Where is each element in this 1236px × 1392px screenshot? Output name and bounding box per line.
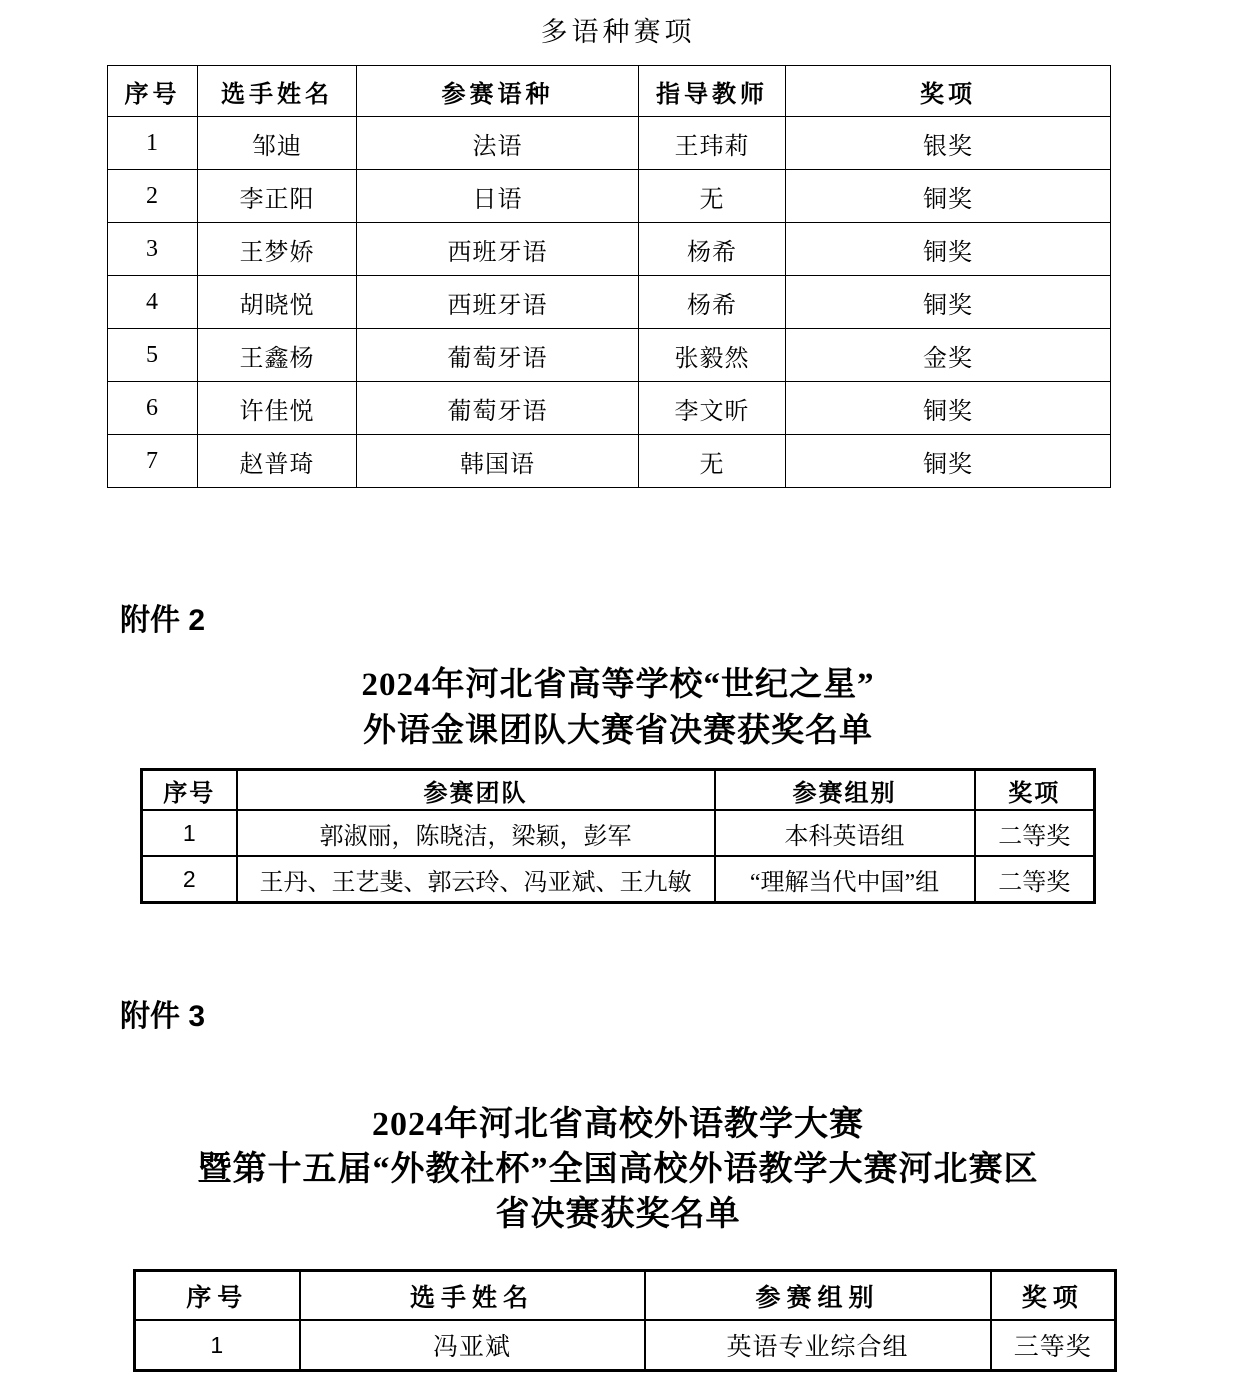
column-header: 序号 — [135, 1271, 300, 1321]
table-cell: 英语专业综合组 — [645, 1320, 991, 1371]
column-header: 参赛团队 — [237, 770, 715, 811]
table-cell: 无 — [639, 170, 786, 223]
table-cell: “理解当代中国”组 — [715, 856, 975, 903]
table-cell: 李文昕 — [639, 382, 786, 435]
table-cell: 铜奖 — [786, 223, 1111, 276]
table-cell: 二等奖 — [975, 856, 1095, 903]
table-cell: 5 — [108, 329, 198, 382]
column-header: 指导教师 — [639, 66, 786, 117]
table-cell: 赵普琦 — [198, 435, 357, 488]
table-row: 3王梦娇西班牙语杨希铜奖 — [108, 223, 1111, 276]
table-cell: 李正阳 — [198, 170, 357, 223]
table-cell: 铜奖 — [786, 276, 1111, 329]
column-header: 参赛组别 — [645, 1271, 991, 1321]
table-cell: 冯亚斌 — [300, 1320, 645, 1371]
attachment-3-title-line2: 暨第十五届“外教社杯”全国高校外语教学大赛河北赛区 — [0, 1147, 1236, 1192]
attachment-3-title-line3: 省决赛获奖名单 — [0, 1192, 1236, 1237]
table-cell: 无 — [639, 435, 786, 488]
column-header: 序号 — [142, 770, 237, 811]
table-cell: 法语 — [357, 117, 639, 170]
table-cell: 王丹、王艺斐、郭云玲、冯亚斌、王九敏 — [237, 856, 715, 903]
table-cell: 韩国语 — [357, 435, 639, 488]
table-cell: 银奖 — [786, 117, 1111, 170]
attachment-3-label: 附件 3 — [120, 1000, 1236, 1034]
table-cell: 铜奖 — [786, 382, 1111, 435]
table-cell: 本科英语组 — [715, 810, 975, 856]
table-cell: 2 — [108, 170, 198, 223]
table-cell: 日语 — [357, 170, 639, 223]
table-row: 2王丹、王艺斐、郭云玲、冯亚斌、王九敏“理解当代中国”组二等奖 — [142, 856, 1095, 903]
table-cell: 张毅然 — [639, 329, 786, 382]
table-cell: 许佳悦 — [198, 382, 357, 435]
table-cell: 郭淑丽，陈晓洁，梁颖，彭军 — [237, 810, 715, 856]
table-row: 5王鑫杨葡萄牙语张毅然金奖 — [108, 329, 1111, 382]
column-header: 选手姓名 — [300, 1271, 645, 1321]
table-cell: 1 — [135, 1320, 300, 1371]
column-header: 奖项 — [991, 1271, 1116, 1321]
table-cell: 王梦娇 — [198, 223, 357, 276]
table-teaching-contest-awards: 序号选手姓名参赛组别奖项 1冯亚斌英语专业综合组三等奖 — [133, 1269, 1117, 1372]
table-multilingual-awards: 序号选手姓名参赛语种指导教师奖项 1邹迪法语王玮莉银奖2李正阳日语无铜奖3王梦娇… — [107, 65, 1111, 488]
table-cell: 葡萄牙语 — [357, 329, 639, 382]
table-cell: 3 — [108, 223, 198, 276]
attachment-2-title: 2024年河北省高等学校“世纪之星” 外语金课团队大赛省决赛获奖名单 — [0, 662, 1236, 754]
table-row: 6许佳悦葡萄牙语李文昕铜奖 — [108, 382, 1111, 435]
table-row: 1邹迪法语王玮莉银奖 — [108, 117, 1111, 170]
column-header: 参赛组别 — [715, 770, 975, 811]
table-cell: 二等奖 — [975, 810, 1095, 856]
table-cell: 杨希 — [639, 223, 786, 276]
section-multilingual-title: 多语种赛项 — [0, 0, 1236, 48]
table-cell: 西班牙语 — [357, 276, 639, 329]
attachment-2-title-line1: 2024年河北省高等学校“世纪之星” — [0, 662, 1236, 708]
column-header: 序号 — [108, 66, 198, 117]
table-cell: 铜奖 — [786, 170, 1111, 223]
column-header: 奖项 — [975, 770, 1095, 811]
table-cell: 1 — [142, 810, 237, 856]
table-cell: 胡晓悦 — [198, 276, 357, 329]
table-header-row: 序号参赛团队参赛组别奖项 — [142, 770, 1095, 811]
column-header: 参赛语种 — [357, 66, 639, 117]
table-cell: 杨希 — [639, 276, 786, 329]
table-row: 1冯亚斌英语专业综合组三等奖 — [135, 1320, 1116, 1371]
table-golden-course-team-awards: 序号参赛团队参赛组别奖项 1郭淑丽，陈晓洁，梁颖，彭军本科英语组二等奖2王丹、王… — [140, 768, 1096, 904]
table-cell: 铜奖 — [786, 435, 1111, 488]
table-cell: 邹迪 — [198, 117, 357, 170]
table-header-row: 序号选手姓名参赛组别奖项 — [135, 1271, 1116, 1321]
table-cell: 葡萄牙语 — [357, 382, 639, 435]
table-row: 7赵普琦韩国语无铜奖 — [108, 435, 1111, 488]
table-cell: 王鑫杨 — [198, 329, 357, 382]
attachment-3-title-line1: 2024年河北省高校外语教学大赛 — [0, 1102, 1236, 1147]
table-cell: 西班牙语 — [357, 223, 639, 276]
table-cell: 4 — [108, 276, 198, 329]
table-cell: 7 — [108, 435, 198, 488]
table-row: 2李正阳日语无铜奖 — [108, 170, 1111, 223]
column-header: 选手姓名 — [198, 66, 357, 117]
column-header: 奖项 — [786, 66, 1111, 117]
attachment-2-label: 附件 2 — [120, 604, 1236, 638]
table-row: 4胡晓悦西班牙语杨希铜奖 — [108, 276, 1111, 329]
table-header-row: 序号选手姓名参赛语种指导教师奖项 — [108, 66, 1111, 117]
table-cell: 三等奖 — [991, 1320, 1116, 1371]
table-cell: 2 — [142, 856, 237, 903]
table-cell: 1 — [108, 117, 198, 170]
table-cell: 金奖 — [786, 329, 1111, 382]
table-cell: 王玮莉 — [639, 117, 786, 170]
table-row: 1郭淑丽，陈晓洁，梁颖，彭军本科英语组二等奖 — [142, 810, 1095, 856]
attachment-2-title-line2: 外语金课团队大赛省决赛获奖名单 — [0, 708, 1236, 754]
attachment-3-title: 2024年河北省高校外语教学大赛 暨第十五届“外教社杯”全国高校外语教学大赛河北… — [0, 1102, 1236, 1237]
table-cell: 6 — [108, 382, 198, 435]
